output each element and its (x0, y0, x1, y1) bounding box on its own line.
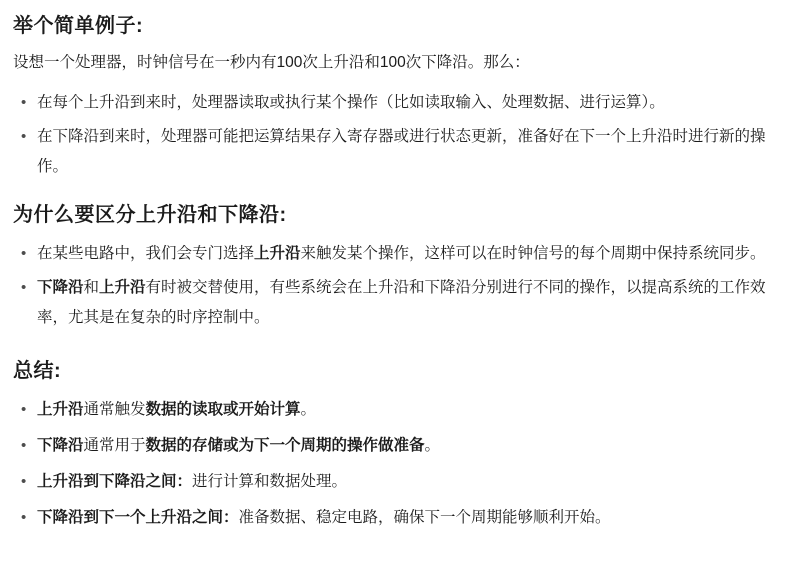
text-segment: 数据的存储或为下一个周期的操作做准备 (146, 437, 425, 454)
bullet-list: 在某些电路中，我们会专门选择上升沿来触发某个操作，这样可以在时钟信号的每个周期中… (13, 239, 790, 333)
text-segment: 下降沿 (37, 279, 84, 296)
intro-paragraph: 设想一个处理器，时钟信号在一秒内有100次上升沿和100次下降沿。那么： (13, 48, 790, 78)
document-page: { "page": { "background": "#ffffff", "te… (0, 0, 812, 568)
text-segment: 上升沿到下降沿之间： (37, 473, 192, 490)
list-item: 在下降沿到来时，处理器可能把运算结果存入寄存器或进行状态更新，准备好在下一个上升… (37, 122, 790, 182)
text-segment: 上升沿 (254, 245, 301, 262)
list-item: 上升沿到下降沿之间：进行计算和数据处理。 (37, 467, 790, 497)
section-heading: 总结: (13, 357, 790, 385)
text-segment: 和 (84, 279, 100, 296)
list-item: 在每个上升沿到来时，处理器读取或执行某个操作（比如读取输入、处理数据、进行运算）… (37, 88, 790, 118)
text-segment: 在某些电路中，我们会专门选择 (37, 245, 254, 262)
text-segment: 下降沿到下一个上升沿之间： (37, 509, 239, 526)
bullet-list: 上升沿通常触发数据的读取或开始计算。 下降沿通常用于数据的存储或为下一个周期的操… (13, 395, 790, 533)
section-heading: 举个简单例子: (13, 12, 790, 40)
text-segment: 来触发某个操作，这样可以在时钟信号的每个周期中保持系统同步。 (301, 245, 766, 262)
text-segment: 上升沿 (37, 401, 84, 418)
list-item: 下降沿和上升沿有时被交替使用，有些系统会在上升沿和下降沿分别进行不同的操作，以提… (37, 273, 790, 333)
text-segment: 在下降沿到来时，处理器可能把运算结果存入寄存器或进行状态更新，准备好在下一个上升… (37, 128, 766, 175)
bullet-list: 在每个上升沿到来时，处理器读取或执行某个操作（比如读取输入、处理数据、进行运算）… (13, 88, 790, 182)
section-summary: 总结: 上升沿通常触发数据的读取或开始计算。 下降沿通常用于数据的存储或为下一个… (13, 357, 790, 533)
text-segment: 进行计算和数据处理。 (192, 473, 347, 490)
text-segment: 上升沿 (99, 279, 146, 296)
text-segment: 有时被交替使用，有些系统会在上升沿和下降沿分别进行不同的操作，以提高系统的工作效… (37, 279, 766, 326)
list-item: 下降沿通常用于数据的存储或为下一个周期的操作做准备。 (37, 431, 790, 461)
text-segment: 准备数据、稳定电路，确保下一个周期能够顺利开始。 (239, 509, 611, 526)
text-segment: 通常用于 (84, 437, 146, 454)
article-content: 举个简单例子: 设想一个处理器，时钟信号在一秒内有100次上升沿和100次下降沿… (0, 0, 812, 533)
text-segment: 通常触发 (84, 401, 146, 418)
text-segment: 。 (301, 401, 317, 418)
text-segment: 下降沿 (37, 437, 84, 454)
section-why-distinguish: 为什么要区分上升沿和下降沿: 在某些电路中，我们会专门选择上升沿来触发某个操作，… (13, 201, 790, 333)
list-item: 上升沿通常触发数据的读取或开始计算。 (37, 395, 790, 425)
text-segment: 数据的读取或开始计算 (146, 401, 301, 418)
text-segment: 在每个上升沿到来时，处理器读取或执行某个操作（比如读取输入、处理数据、进行运算）… (37, 94, 665, 111)
list-item: 在某些电路中，我们会专门选择上升沿来触发某个操作，这样可以在时钟信号的每个周期中… (37, 239, 790, 269)
text-segment: 。 (425, 437, 441, 454)
list-item: 下降沿到下一个上升沿之间：准备数据、稳定电路，确保下一个周期能够顺利开始。 (37, 503, 790, 533)
section-heading: 为什么要区分上升沿和下降沿: (13, 201, 790, 229)
section-example: 举个简单例子: 设想一个处理器，时钟信号在一秒内有100次上升沿和100次下降沿… (13, 12, 790, 182)
